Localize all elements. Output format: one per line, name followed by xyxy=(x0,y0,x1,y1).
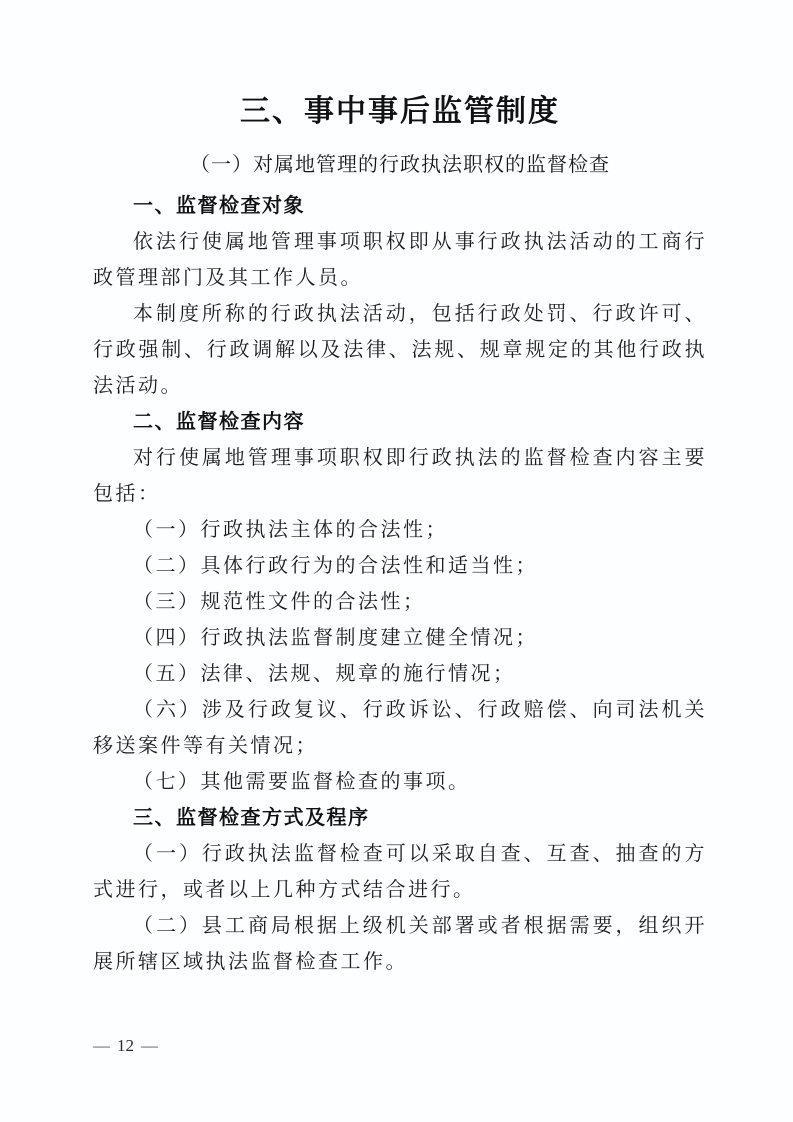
list-item-3: （三）规范性文件的合法性； xyxy=(93,584,707,620)
list-item-6: （六）涉及行政复议、行政诉讼、行政赔偿、向司法机关移送案件等有关情况； xyxy=(93,692,707,764)
document-title: 三、事中事后监管制度 xyxy=(93,92,707,132)
paragraph: 本制度所称的行政执法活动，包括行政处罚、行政许可、行政强制、行政调解以及法律、法… xyxy=(93,296,707,404)
paragraph: 对行使属地管理事项职权即行政执法的监督检查内容主要包括： xyxy=(93,440,707,512)
footer-right-dash: — xyxy=(141,1036,158,1056)
list-item-2: （二）具体行政行为的合法性和适当性； xyxy=(93,548,707,584)
page-footer: — 12 — xyxy=(93,1036,158,1056)
paragraph: （二）县工商局根据上级机关部署或者根据需要，组织开展所辖区域执法监督检查工作。 xyxy=(93,908,707,980)
list-item-4: （四）行政执法监督制度建立健全情况； xyxy=(93,620,707,656)
document-subtitle: （一）对属地管理的行政执法职权的监督检查 xyxy=(93,150,707,180)
section-heading-1: 一、监督检查对象 xyxy=(93,188,707,224)
paragraph: （一）行政执法监督检查可以采取自查、互查、抽查的方式进行，或者以上几种方式结合进… xyxy=(93,836,707,908)
document-page: 三、事中事后监管制度 （一）对属地管理的行政执法职权的监督检查 一、监督检查对象… xyxy=(0,0,793,1122)
footer-left-dash: — xyxy=(93,1036,110,1056)
section-heading-3: 三、监督检查方式及程序 xyxy=(93,800,707,836)
document-content: 三、事中事后监管制度 （一）对属地管理的行政执法职权的监督检查 一、监督检查对象… xyxy=(93,92,707,980)
paragraph: 依法行使属地管理事项职权即从事行政执法活动的工商行政管理部门及其工作人员。 xyxy=(93,224,707,296)
list-item-5: （五）法律、法规、规章的施行情况； xyxy=(93,656,707,692)
list-item-7: （七）其他需要监督检查的事项。 xyxy=(93,764,707,800)
section-heading-2: 二、监督检查内容 xyxy=(93,404,707,440)
list-item-1: （一）行政执法主体的合法性； xyxy=(93,512,707,548)
page-number: 12 xyxy=(117,1036,134,1056)
